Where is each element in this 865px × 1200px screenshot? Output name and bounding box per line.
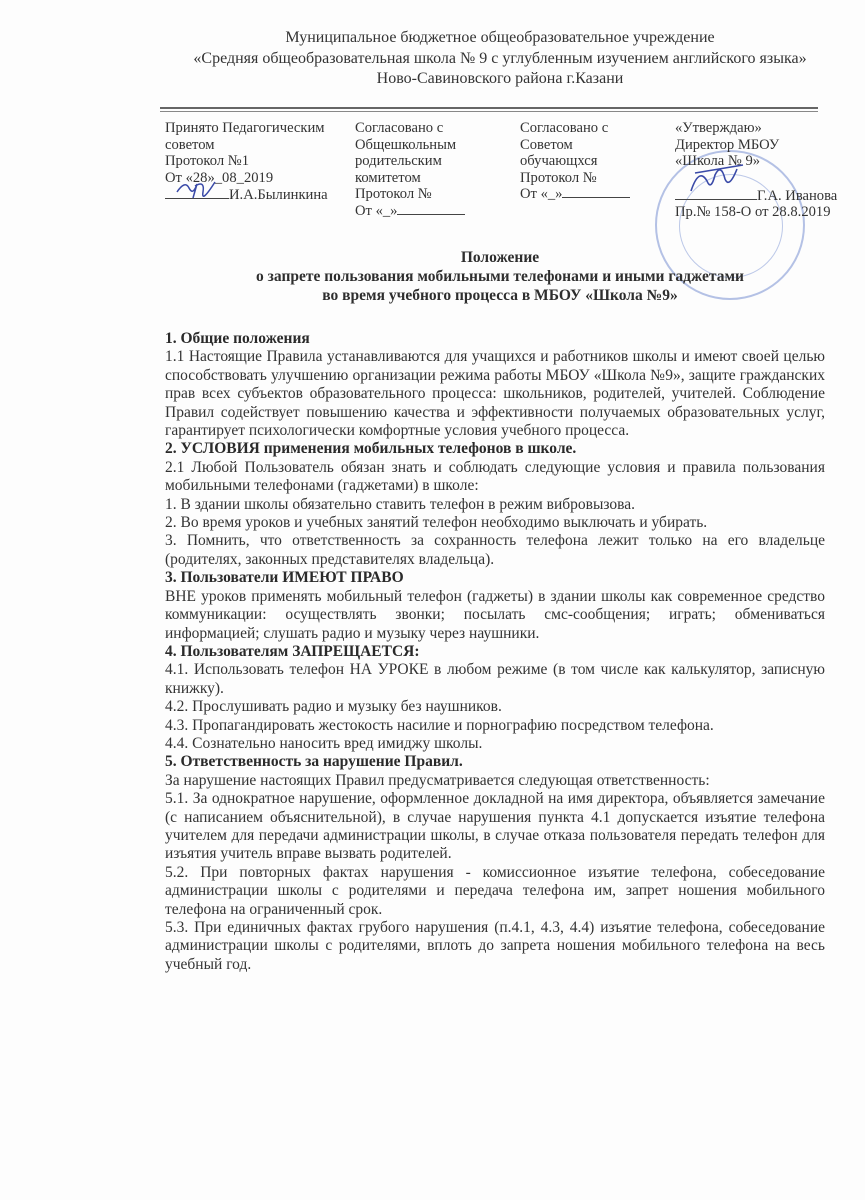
approval-line: Согласовано с — [355, 120, 465, 137]
list-item: 2. Во время уроков и учебных занятий тел… — [165, 514, 825, 532]
blank-field — [562, 187, 630, 198]
header-line-2: «Средняя общеобразовательная школа № 9 с… — [150, 49, 850, 70]
signer-name: Г.А. Иванова — [757, 188, 837, 204]
list-item: 5.2. При повторных фактах нарушения - ко… — [165, 864, 825, 919]
approval-line: Протокол № — [520, 170, 630, 187]
signature-line: Г.А. Иванова — [675, 187, 837, 205]
approval-parent-committee: Согласовано с Общешкольным родительским … — [355, 120, 465, 220]
approval-director: «Утверждаю» Директор МБОУ «Школа № 9» Г.… — [675, 120, 837, 221]
list-item: 1. В здании школы обязательно ставить те… — [165, 496, 825, 514]
paragraph: ВНЕ уроков применять мобильный телефон (… — [165, 588, 825, 643]
date-label: От «_» — [355, 203, 397, 219]
list-item: 4.3. Пропагандировать жестокость насилие… — [165, 717, 825, 735]
approval-pedagogical-council: Принято Педагогическим советом Протокол … — [165, 120, 328, 204]
approval-line: родительским — [355, 153, 465, 170]
document-body: 1. Общие положения 1.1 Настоящие Правила… — [165, 330, 825, 974]
approval-student-council: Согласовано с Советом обучающхся Протоко… — [520, 120, 630, 203]
paragraph: 1.1 Настоящие Правила устанавливаются дл… — [165, 348, 825, 440]
approval-line: обучающхся — [520, 153, 630, 170]
approval-line: Советом — [520, 137, 630, 154]
section-heading: 3. Пользователи ИМЕЮТ ПРАВО — [165, 569, 825, 587]
approval-line: комитетом — [355, 170, 465, 187]
date-line: От «_» — [355, 203, 465, 220]
section-heading: 4. Пользователям ЗАПРЕЩАЕТСЯ: — [165, 643, 825, 661]
document-page: Муниципальное бюджетное общеобразователь… — [0, 0, 865, 1200]
approval-line: Протокол № — [355, 186, 465, 203]
approval-line: советом — [165, 137, 328, 154]
approval-line: «Утверждаю» — [675, 120, 837, 137]
title-line: о запрете пользования мобильными телефон… — [150, 267, 850, 286]
header-line-1: Муниципальное бюджетное общеобразователь… — [150, 28, 850, 49]
approval-line: Принято Педагогическим — [165, 120, 328, 137]
list-item: 4.4. Сознательно наносить вред имиджу шк… — [165, 735, 825, 753]
signature-icon — [165, 186, 229, 199]
title-line: во время учебного процесса в МБОУ «Школа… — [150, 286, 850, 305]
order-reference: Пр.№ 158-О от 28.8.2019 — [675, 204, 837, 221]
date-line: От «_» — [520, 186, 630, 203]
signer-name: И.А.Былинкина — [229, 187, 328, 203]
blank-field — [397, 204, 465, 215]
approval-line: Общешкольным — [355, 137, 465, 154]
approval-line: Согласовано с — [520, 120, 630, 137]
approval-block: Принято Педагогическим советом Протокол … — [165, 120, 845, 230]
section-heading: 1. Общие положения — [165, 330, 825, 348]
approval-line: Протокол №1 — [165, 153, 328, 170]
title-line: Положение — [150, 248, 850, 267]
header-line-3: Ново-Савиновского района г.Казани — [150, 69, 850, 90]
paragraph: За нарушение настоящих Правил предусматр… — [165, 772, 825, 790]
list-item: 5.1. За однократное нарушение, оформленн… — [165, 790, 825, 864]
list-item: 5.3. При единичных фактах грубого наруше… — [165, 919, 825, 974]
signature-icon — [675, 187, 757, 200]
signature-line: И.А.Былинкина — [165, 186, 328, 204]
list-item: 4.1. Использовать телефон НА УРОКЕ в люб… — [165, 661, 825, 698]
document-title: Положение о запрете пользования мобильны… — [150, 248, 850, 305]
list-item: 4.2. Прослушивать радио и музыку без нау… — [165, 698, 825, 716]
date-label: От «_» — [520, 186, 562, 202]
section-heading: 2. УСЛОВИЯ применения мобильных телефоно… — [165, 440, 825, 458]
approval-line: Директор МБОУ — [675, 137, 837, 154]
header-divider — [160, 107, 818, 112]
paragraph: 2.1 Любой Пользователь обязан знать и со… — [165, 459, 825, 496]
institution-header: Муниципальное бюджетное общеобразователь… — [150, 28, 850, 90]
list-item: 3. Помнить, что ответственность за сохра… — [165, 532, 825, 569]
section-heading: 5. Ответственность за нарушение Правил. — [165, 753, 825, 771]
